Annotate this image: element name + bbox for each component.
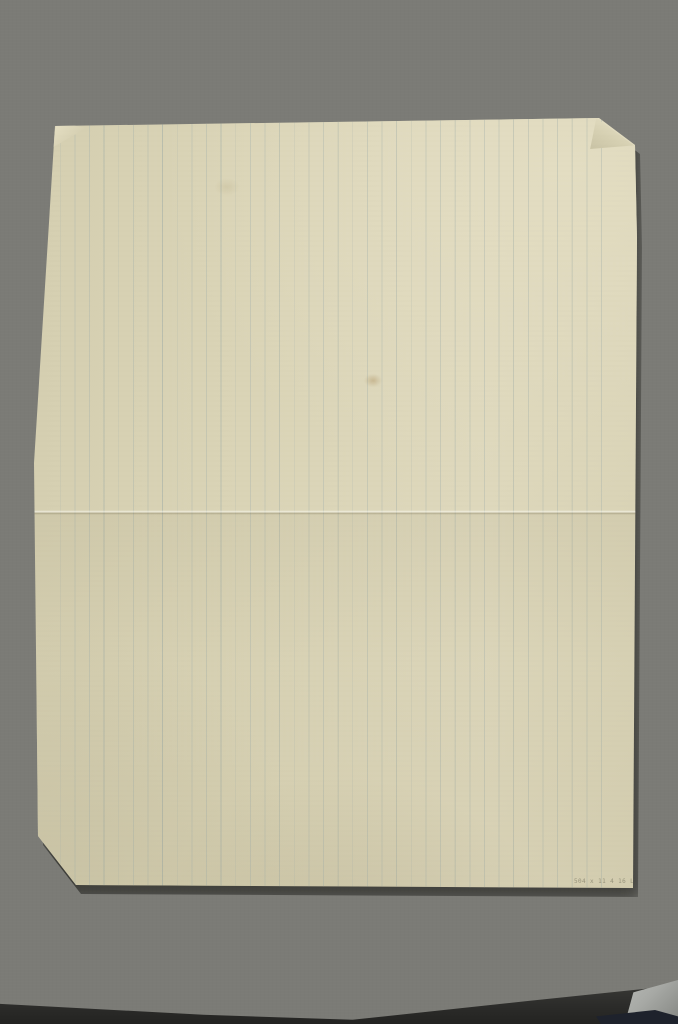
paper-stain-faint (214, 178, 240, 196)
photo-backdrop: 504 x 11 4 16 LP (0, 0, 678, 1024)
table-edge-shadow (0, 982, 678, 1024)
pencil-notation: 504 x 11 4 16 LP (574, 878, 634, 885)
lower-half-tint (34, 513, 637, 892)
lined-paper-sheet: 504 x 11 4 16 LP (34, 118, 637, 892)
fold-crease-line (34, 510, 637, 515)
paper-stain (364, 374, 382, 387)
